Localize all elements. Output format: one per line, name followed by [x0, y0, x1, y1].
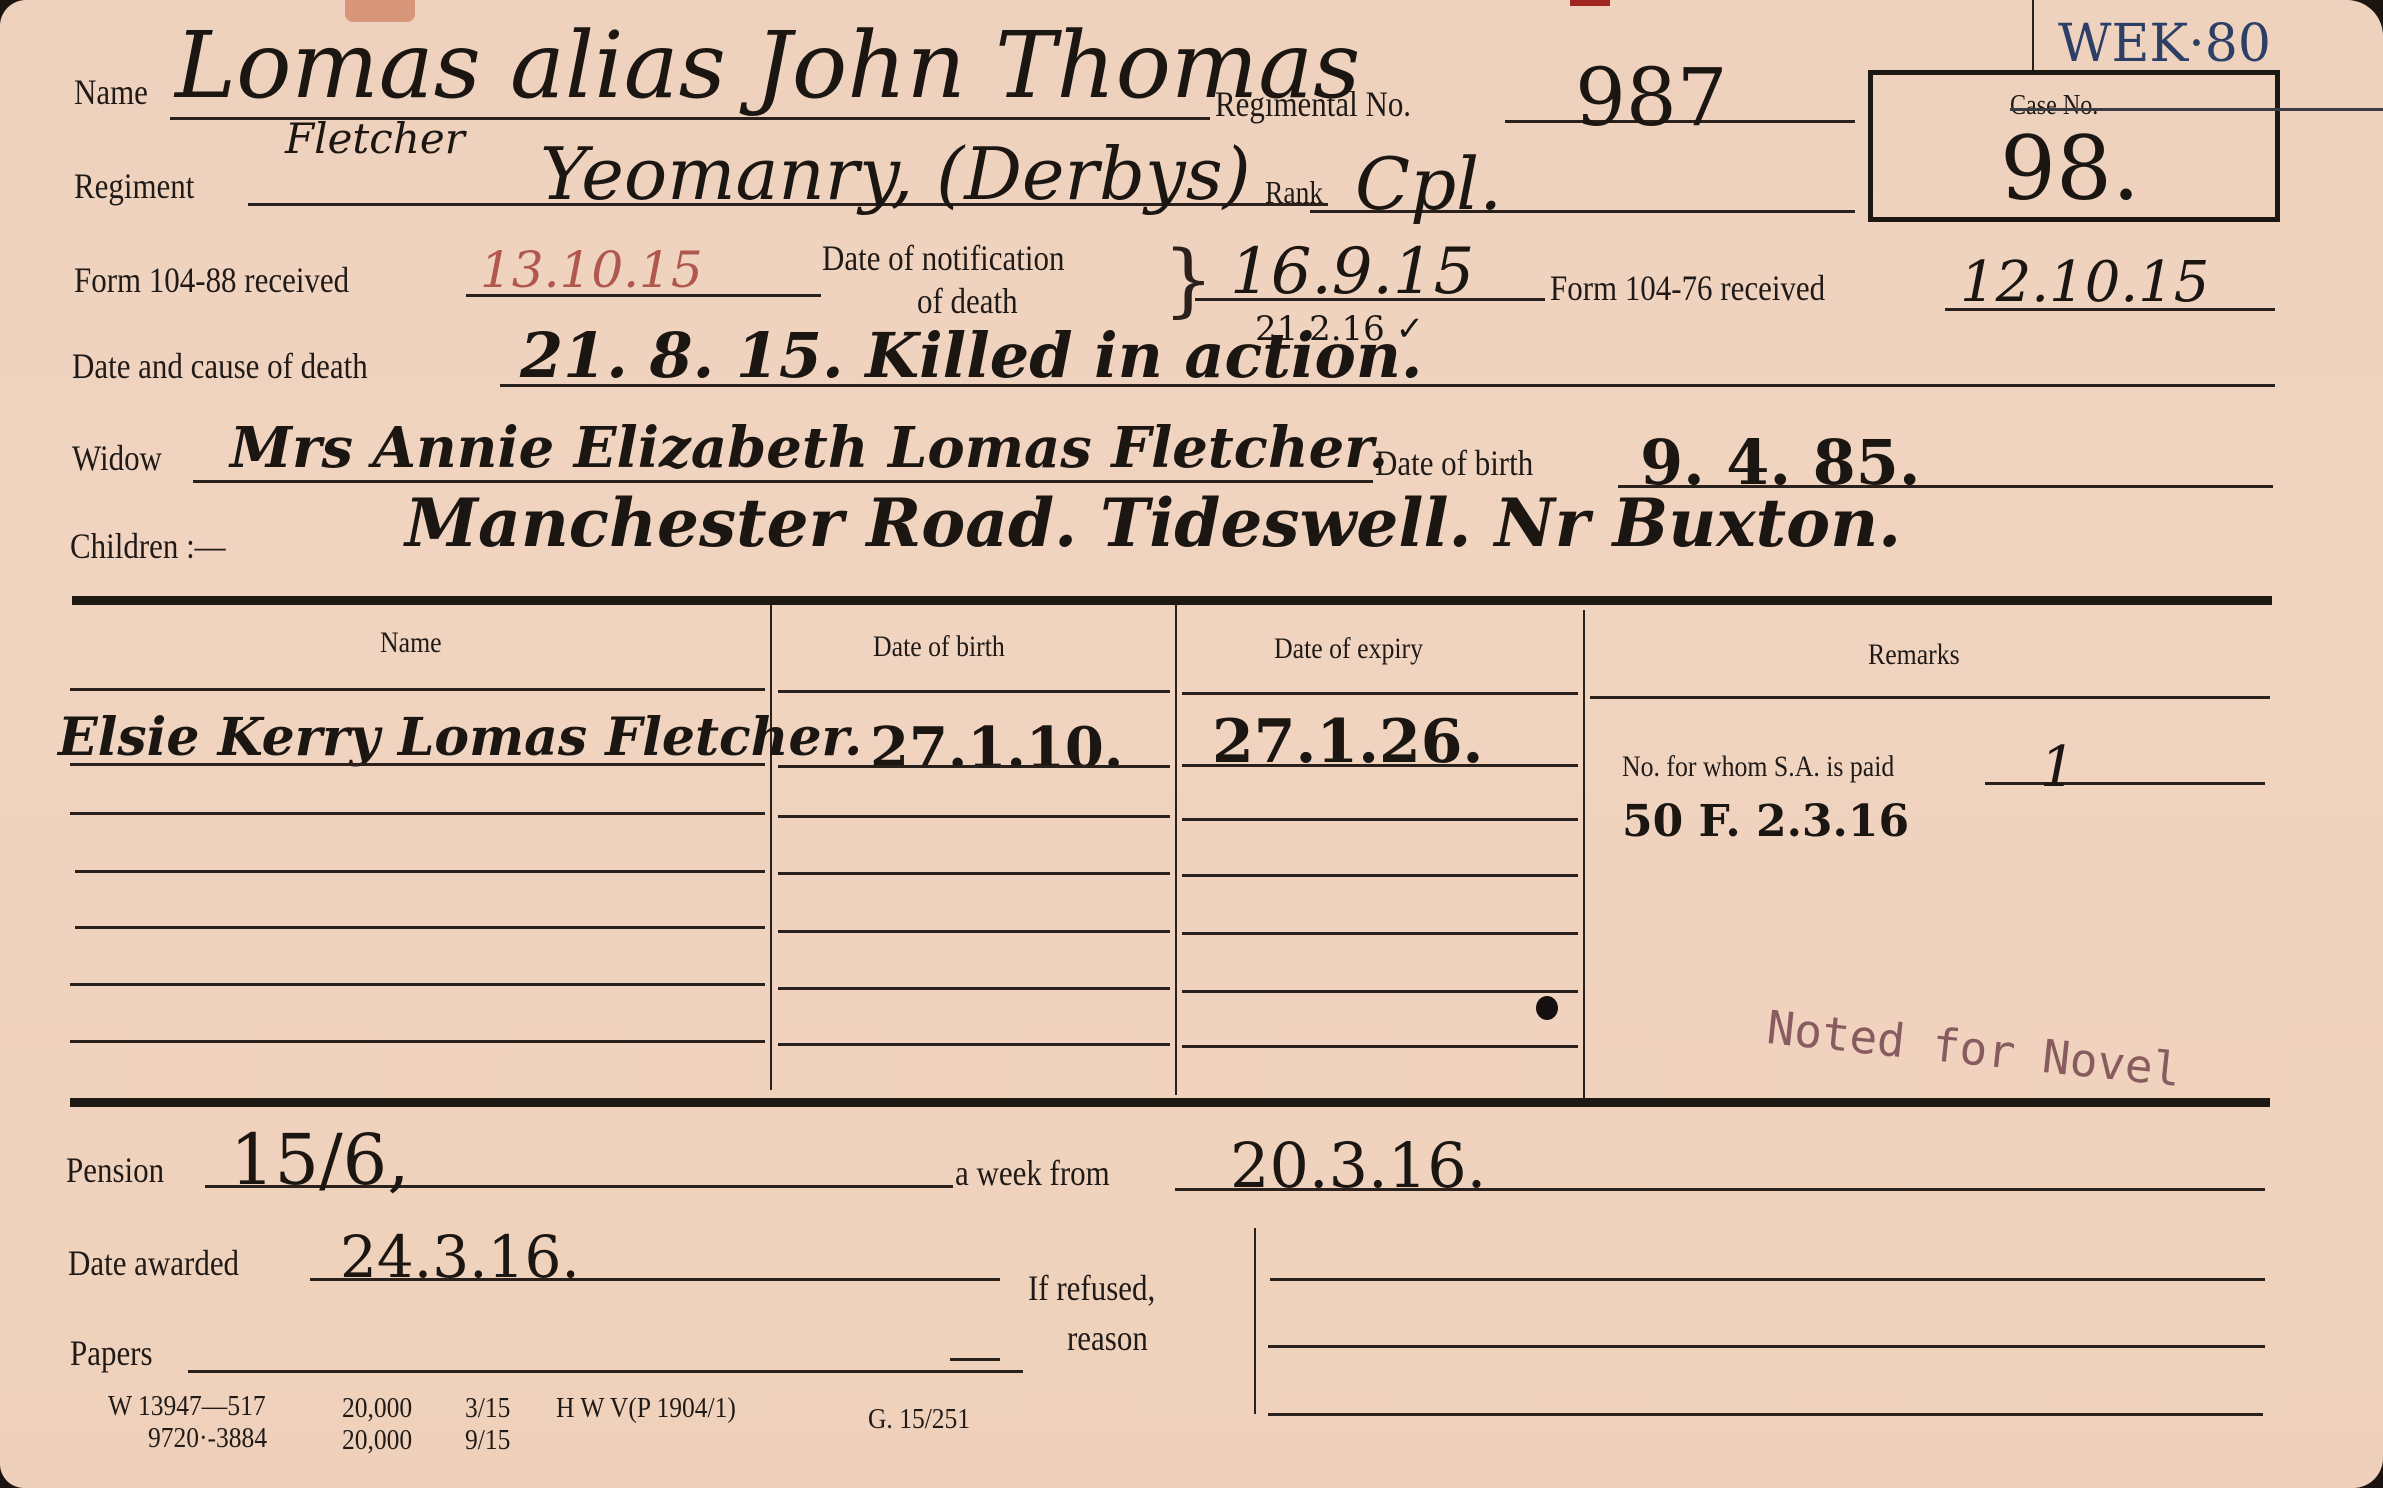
row-line — [1182, 874, 1578, 877]
sa-label: No. for whom S.A. is paid — [1622, 752, 1894, 782]
table-bottom-rule — [70, 1098, 2270, 1107]
col-header-remarks: Remarks — [1868, 640, 1960, 670]
pension-card: Name Lomas alias John Thomas Regimental … — [0, 0, 2383, 1488]
form-104-76-value: 12.10.15 — [1960, 255, 2209, 311]
refused-line-3 — [1268, 1413, 2263, 1416]
corner-divider — [2032, 0, 2034, 75]
notification-label-line1: Date of notification — [822, 240, 1064, 276]
row-line — [1182, 818, 1578, 821]
col-header-expiry: Date of expiry — [1274, 634, 1423, 664]
form-104-76-label: Form 104-76 received — [1550, 270, 1825, 306]
footer-code-1: W 13947—517 — [108, 1390, 266, 1423]
sa-line — [1985, 782, 2265, 785]
notification-label-line2: of death — [917, 283, 1018, 319]
death-label: Date and cause of death — [72, 348, 368, 384]
footer-qty-2: 20,000 — [342, 1424, 412, 1457]
noted-stamp: Noted for Novel — [1764, 1000, 2183, 1097]
row-line — [75, 870, 765, 873]
row-line — [70, 1040, 765, 1043]
row-line — [70, 983, 765, 986]
if-refused-label-line2: reason — [1067, 1320, 1148, 1356]
row-line — [1182, 990, 1578, 993]
date-awarded-label: Date awarded — [68, 1245, 239, 1281]
header-underline-name — [70, 688, 765, 691]
pension-label: Pension — [66, 1152, 164, 1188]
widow-value: Mrs Annie Elizabeth Lomas Fletcher. — [230, 420, 1388, 476]
week-from-value: 20.3.16. — [1230, 1135, 1486, 1197]
row-line — [70, 812, 765, 815]
refused-line-1 — [1270, 1278, 2265, 1281]
rank-label: Rank — [1265, 176, 1323, 208]
case-no-strike — [2010, 108, 2383, 111]
footer-printer: H W V(P 1904/1) — [556, 1392, 736, 1425]
child-name: Elsie Kerry Lomas Fletcher. — [58, 712, 862, 764]
alias-note: Fletcher — [285, 118, 465, 160]
widow-label: Widow — [72, 440, 162, 476]
name-value: Lomas alias John Thomas — [175, 20, 1360, 112]
table-top-rule — [72, 596, 2272, 605]
widow-address: Manchester Road. Tideswell. Nr Buxton. — [405, 490, 1901, 556]
widow-dob-label: Date of birth — [1375, 445, 1533, 481]
papers-label: Papers — [70, 1335, 153, 1371]
col-divider-2 — [1175, 605, 1177, 1095]
red-edge-mark — [1570, 0, 1610, 6]
regiment-value: Yeomanry, (Derbys) — [540, 138, 1251, 210]
row-line — [75, 926, 765, 929]
short-line — [950, 1358, 1000, 1361]
papers-line — [188, 1370, 1023, 1373]
header-underline-dob — [778, 690, 1170, 693]
brace-icon: } — [1163, 240, 1214, 320]
sa-value: 1 — [2040, 740, 2076, 796]
footer-date-2: 9/15 — [465, 1424, 510, 1457]
remarks-note: 50 F. 2.3.16 — [1622, 800, 1909, 844]
header-underline-expiry — [1182, 692, 1578, 695]
if-refused-label-line1: If refused, — [1028, 1270, 1155, 1306]
row-line — [778, 765, 1170, 768]
row-line — [1182, 764, 1578, 767]
date-awarded-value: 24.3.16. — [340, 1228, 580, 1286]
notification-value: 16.9.15 — [1230, 240, 1474, 304]
col-divider-3 — [1583, 610, 1585, 1100]
footer-qty-1: 20,000 — [342, 1392, 412, 1425]
refused-line-2 — [1268, 1345, 2265, 1348]
child-expiry: 27.1.26. — [1212, 712, 1483, 772]
footer-code-2: 9720·-3884 — [148, 1422, 267, 1455]
pension-value: 15/6, — [230, 1125, 409, 1195]
col-header-name: Name — [380, 628, 442, 658]
row-line — [778, 815, 1170, 818]
regimental-no-label: Regimental No. — [1215, 86, 1411, 122]
col-divider-1 — [770, 605, 772, 1090]
form-104-88-label: Form 104-88 received — [74, 262, 349, 298]
row-line — [778, 987, 1170, 990]
row-line — [1182, 932, 1578, 935]
regiment-label: Regiment — [74, 168, 194, 204]
name-label: Name — [74, 74, 148, 110]
row-line — [778, 930, 1170, 933]
rank-value: Cpl. — [1355, 148, 1502, 220]
corner-note: WEK·80 — [2058, 18, 2271, 70]
children-label: Children :— — [70, 528, 226, 564]
form-104-88-value: 13.10.15 — [480, 245, 703, 295]
ink-dot — [1536, 996, 1558, 1020]
col-header-dob: Date of birth — [873, 632, 1005, 662]
row-line — [778, 1043, 1170, 1046]
row-line — [70, 763, 765, 766]
case-no-value: 98. — [2000, 125, 2140, 213]
row-line — [1182, 1045, 1578, 1048]
header-underline-remarks — [1590, 696, 2270, 699]
case-no-label: Case No. — [2010, 92, 2098, 120]
death-value: 21. 8. 15. Killed in action. — [520, 325, 1422, 387]
footer-form-no: G. 15/251 — [868, 1403, 970, 1436]
row-line — [778, 872, 1170, 875]
refused-brace — [1254, 1228, 1256, 1414]
footer-date-1: 3/15 — [465, 1392, 510, 1425]
week-from-label: a week from — [955, 1155, 1110, 1191]
regimental-no-value: 987 — [1575, 58, 1728, 138]
